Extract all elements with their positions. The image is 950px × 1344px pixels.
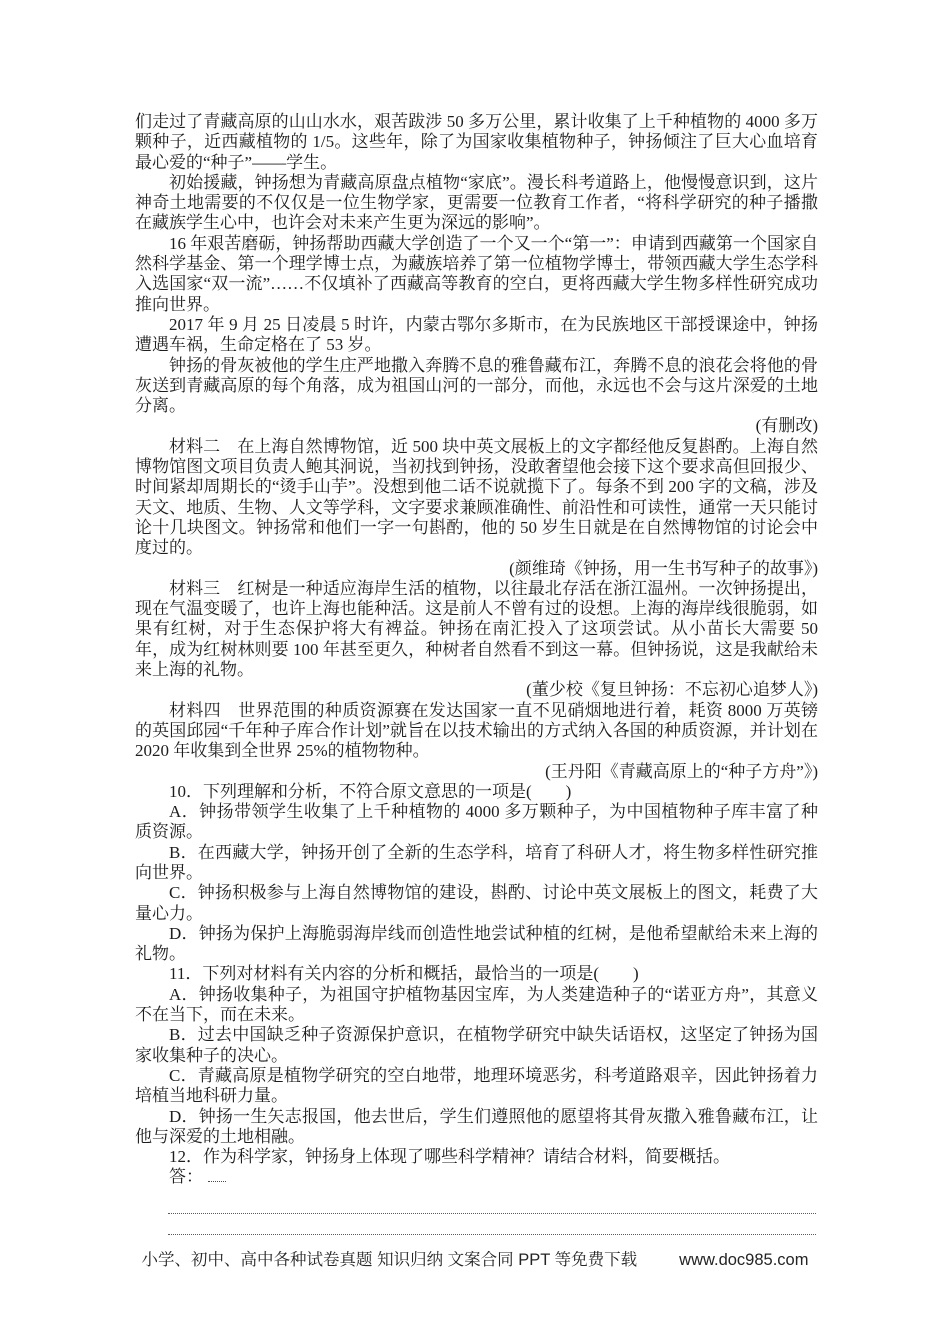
- answer-label-row: 答：: [135, 1167, 818, 1187]
- material-one-paragraph: 2017 年 9 月 25 日凌晨 5 时许，内蒙古鄂尔多斯市，在为民族地区干部…: [135, 315, 818, 356]
- question-10-option-b: B．在西藏大学，钟扬开创了全新的生态学科，培育了科研人才，将生物多样性研究推向世…: [135, 843, 818, 884]
- material-two-paragraph: 材料二 在上海自然博物馆，近 500 块中英文展板上的文字都经他反复斟酌。上海自…: [135, 437, 818, 559]
- page-footer: 小学、初中、高中各种试卷真题 知识归纳 文案合同 PPT 等免费下载www.do…: [0, 1246, 950, 1270]
- exam-document-page: 们走过了青藏高原的山山水水，艰苦跋涉 50 多万公里，累计收集了上千种植物的 4…: [0, 0, 950, 1344]
- question-10-option-c: C．钟扬积极参与上海自然博物馆的建设，斟酌、讨论中英文展板上的图文，耗费了大量心…: [135, 883, 818, 924]
- material-four-paragraph: 材料四 世界范围的种质资源赛在发达国家一直不见硝烟地进行着，耗资 8000 万英…: [135, 701, 818, 762]
- material-three-attribution: (董少校《复旦钟扬：不忘初心追梦人》): [135, 680, 818, 700]
- answer-stub-line: [208, 1167, 226, 1182]
- material-two-attribution: (颜维琦《钟扬，用一生书写种子的故事》): [135, 559, 818, 579]
- material-one-edit-note: (有删改): [135, 416, 818, 436]
- question-11-stem: 11．下列对材料有关内容的分析和概括，最恰当的一项是( ): [135, 964, 818, 984]
- document-content: 们走过了青藏高原的山山水水，艰苦跋涉 50 多万公里，累计收集了上千种植物的 4…: [135, 112, 818, 1235]
- material-three-paragraph: 材料三 红树是一种适应海岸生活的植物，以往最北存活在浙江温州。一次钟扬提出，现在…: [135, 579, 818, 680]
- material-one-paragraph: 16 年艰苦磨砺，钟扬帮助西藏大学创造了一个又一个“第一”：申请到西藏第一个国家…: [135, 234, 818, 315]
- question-11-option-c: C．青藏高原是植物学研究的空白地带，地理环境恶劣，科考道路艰辛，因此钟扬着力培植…: [135, 1066, 818, 1107]
- question-11-option-b: B．过去中国缺乏种子资源保护意识，在植物学研究中缺失话语权，这坚定了钟扬为国家收…: [135, 1025, 818, 1066]
- question-10-option-d: D．钟扬为保护上海脆弱海岸线而创造性地尝试种植的红树，是他希望献给未来上海的礼物…: [135, 924, 818, 965]
- material-one-paragraph: 钟扬的骨灰被他的学生庄严地撒入奔腾不息的雅鲁藏布江，奔腾不息的浪花会将他的骨灰送…: [135, 356, 818, 417]
- material-one-paragraph: 们走过了青藏高原的山山水水，艰苦跋涉 50 多万公里，累计收集了上千种植物的 4…: [135, 112, 818, 173]
- footer-site-url[interactable]: www.doc985.com: [679, 1251, 808, 1269]
- answer-blank-line: [168, 1193, 816, 1214]
- answer-label: 答：: [169, 1167, 203, 1186]
- material-one-paragraph: 初始援藏，钟扬想为青藏高原盘点植物“家底”。漫长科考道路上，他慢慢意识到，这片神…: [135, 173, 818, 234]
- material-four-attribution: (王丹阳《青藏高原上的“种子方舟”》): [135, 762, 818, 782]
- question-12-stem: 12．作为科学家，钟扬身上体现了哪些科学精神？请结合材料，简要概括。: [135, 1147, 818, 1167]
- footer-promo-text: 小学、初中、高中各种试卷真题 知识归纳 文案合同 PPT 等免费下载: [142, 1251, 638, 1269]
- question-10-option-a: A．钟扬带领学生收集了上千种植物的 4000 多万颗种子，为中国植物种子库丰富了…: [135, 802, 818, 843]
- answer-blank-line: [168, 1214, 816, 1235]
- question-10-stem: 10．下列理解和分析，不符合原文意思的一项是( ): [135, 782, 818, 802]
- question-11-option-d: D．钟扬一生矢志报国，他去世后，学生们遵照他的愿望将其骨灰撒入雅鲁藏布江，让他与…: [135, 1107, 818, 1148]
- question-11-option-a: A．钟扬收集种子，为祖国守护植物基因宝库，为人类建造种子的“诺亚方舟”，其意义不…: [135, 985, 818, 1026]
